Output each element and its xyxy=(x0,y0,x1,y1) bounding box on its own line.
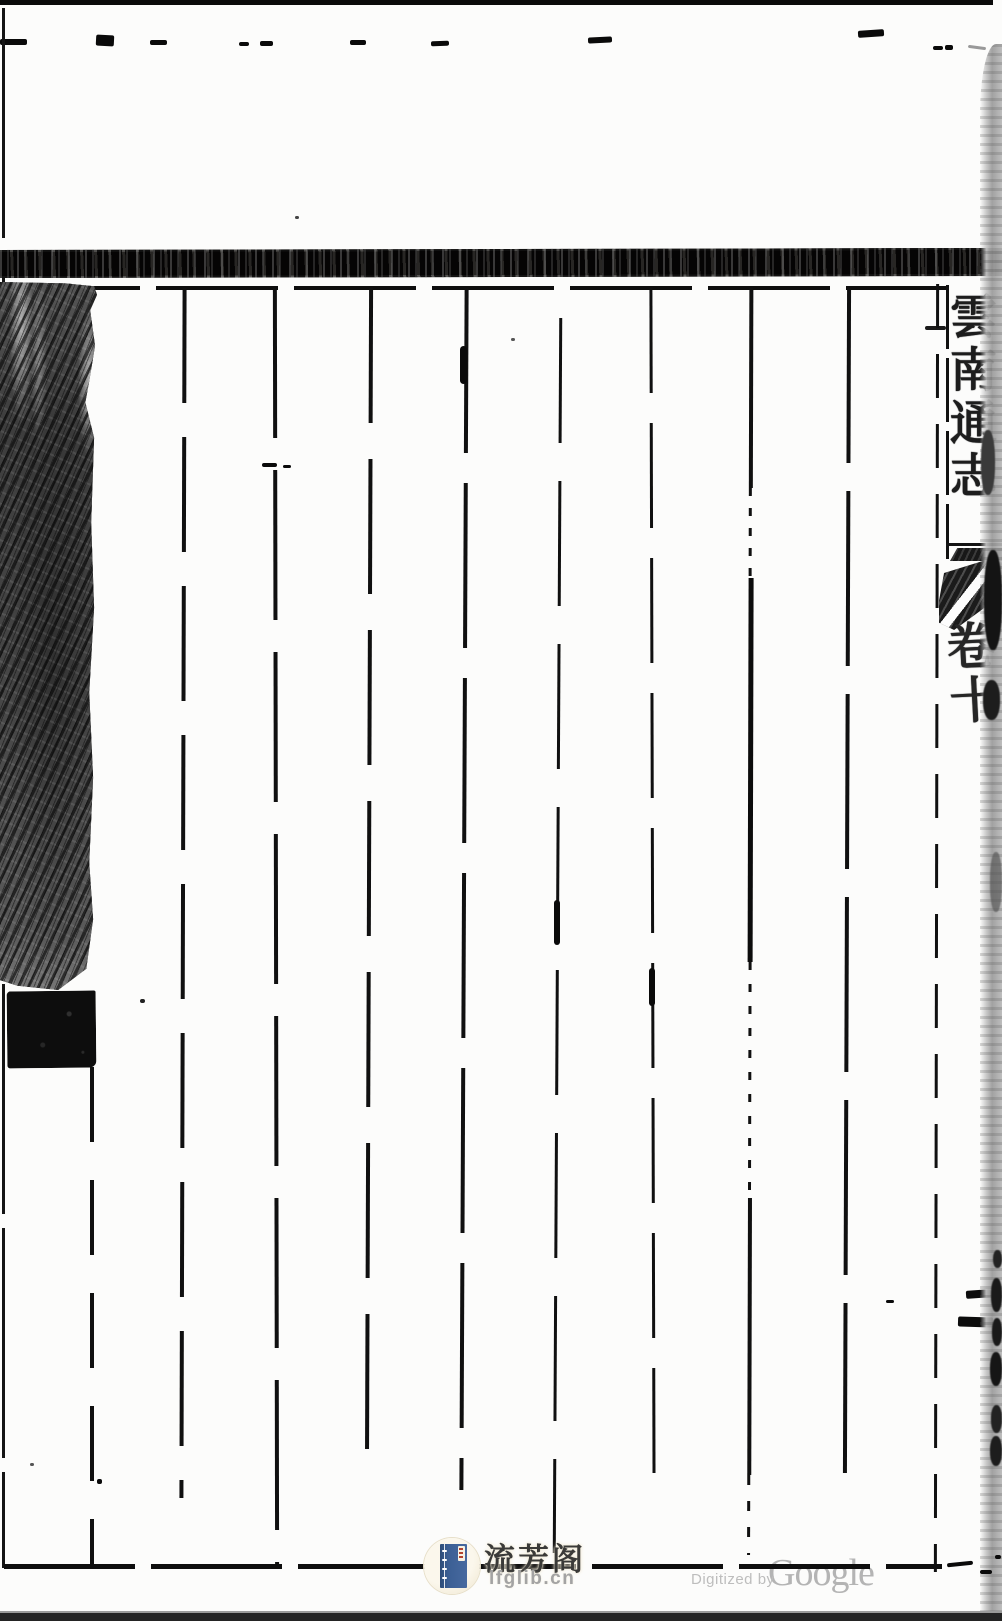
ink-speck xyxy=(30,1463,34,1466)
frame-top-rule xyxy=(18,286,948,290)
woodblock-top-border xyxy=(0,248,1002,278)
ink-speck xyxy=(945,45,953,50)
gutter-ink-blob xyxy=(991,1278,1002,1312)
column-rule xyxy=(459,288,468,1490)
ink-speck xyxy=(239,42,249,46)
column-rule xyxy=(746,0,755,1621)
book-stitch xyxy=(442,1577,447,1579)
ink-speck xyxy=(150,40,167,45)
ink-speck xyxy=(140,999,145,1003)
rule-segment xyxy=(747,1198,752,1475)
column-rule xyxy=(649,288,655,1503)
lfg-watermark-domain: lfglib.cn xyxy=(489,1568,575,1590)
book-stitch xyxy=(442,1568,447,1570)
gutter-ink-blob xyxy=(990,1352,1002,1386)
ink-speck xyxy=(933,46,943,50)
scan-bottom-band xyxy=(0,1611,1002,1621)
ink-speck xyxy=(588,36,612,43)
scan-gutter-hook xyxy=(968,45,986,50)
gutter-ink-blob xyxy=(983,680,1000,720)
gutter-ink-blob xyxy=(991,1405,1002,1433)
ink-speck xyxy=(283,465,291,468)
frame-bottom-dash xyxy=(980,1570,992,1574)
rule-dots xyxy=(749,488,752,578)
ink-speck xyxy=(97,1479,102,1484)
book-icon xyxy=(440,1544,467,1588)
rule-dots xyxy=(747,1475,750,1555)
ink-speck xyxy=(511,338,515,341)
ink-smudge xyxy=(0,282,97,990)
book-stitch xyxy=(442,1550,447,1552)
frame-bottom-dash xyxy=(947,1561,973,1568)
column-rule-thick-spot xyxy=(649,968,655,1006)
column-rule xyxy=(934,284,939,1572)
ink-speck xyxy=(295,216,299,219)
rule-segment xyxy=(748,578,754,962)
book-title-label xyxy=(458,1546,465,1561)
gutter-ink-blob xyxy=(990,1436,1002,1466)
scan-top-edge xyxy=(0,0,1002,5)
ink-speck xyxy=(96,35,115,47)
column-rule xyxy=(365,288,373,1484)
frame-bottom-dash xyxy=(995,1555,1001,1559)
google-logo: Google xyxy=(768,1551,874,1595)
ink-speck xyxy=(350,40,366,45)
gutter-ink-blob xyxy=(993,1250,1002,1268)
column-rule-thick-spot xyxy=(554,900,560,945)
ink-speck xyxy=(260,41,273,46)
rule-segment xyxy=(749,288,754,488)
ink-speck xyxy=(431,41,449,47)
ink-speck xyxy=(858,29,884,38)
lfg-logo xyxy=(424,1538,480,1594)
column-rule xyxy=(90,1067,94,1565)
google-watermark-prefix: Digitized by xyxy=(691,1571,775,1588)
column-rule-thick-spot xyxy=(460,346,467,384)
column-rule xyxy=(273,288,279,1566)
rule-dots xyxy=(748,962,752,1198)
gutter-ink-blob xyxy=(984,550,1002,650)
column-rule xyxy=(179,288,186,1498)
scan-top-edge-gap xyxy=(993,0,1002,5)
column-rule xyxy=(843,288,851,1473)
gutter-ink-blob xyxy=(981,430,995,495)
book-stitch xyxy=(442,1559,447,1561)
ink-block xyxy=(7,991,97,1069)
ink-speck xyxy=(886,1300,894,1303)
scanned-book-page: 雲南通志 卷十 流芳阁 lfglib.cn Digitized by Goog xyxy=(0,0,1002,1621)
gutter-ink-blob xyxy=(990,852,1002,912)
gutter-ink-blob xyxy=(992,1318,1002,1346)
